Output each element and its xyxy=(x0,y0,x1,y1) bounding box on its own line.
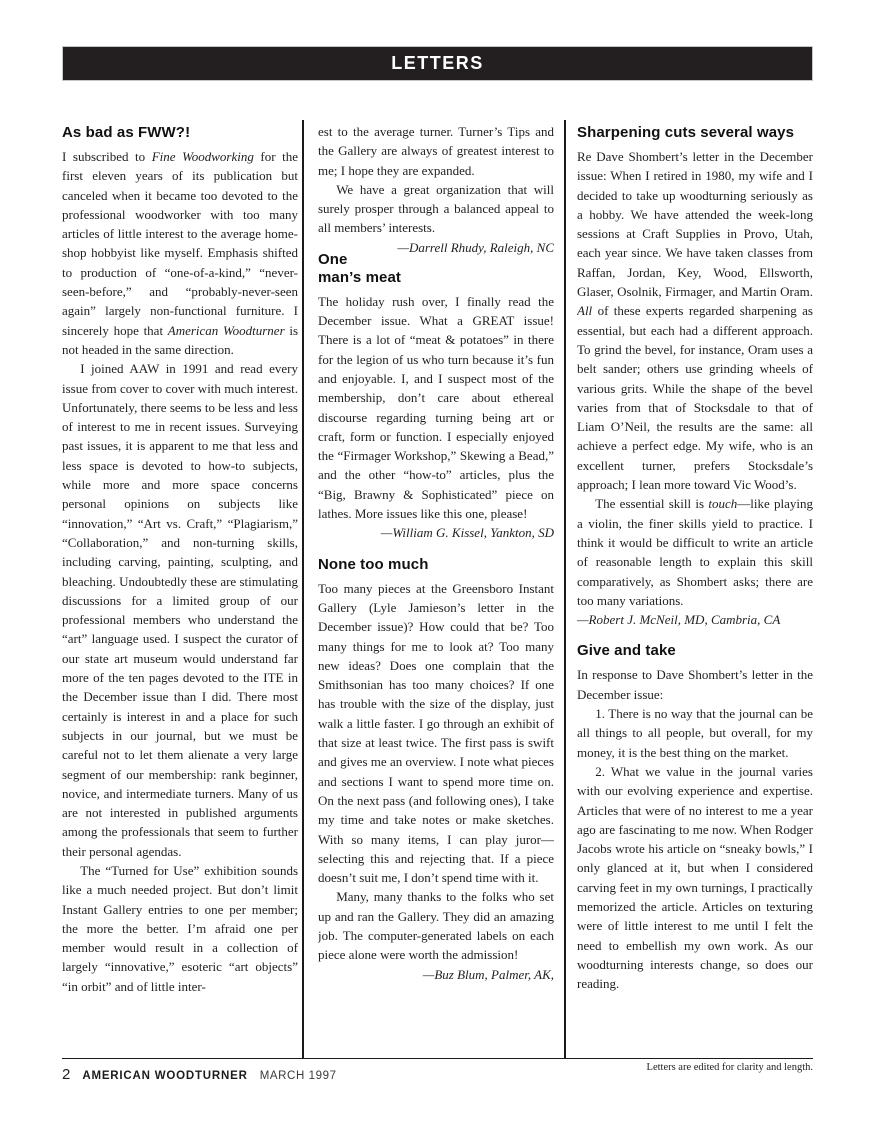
letter-paragraph: The holiday rush over, I finally read th… xyxy=(318,292,554,524)
letter-paragraph: I joined AAW in 1991 and read every issu… xyxy=(62,359,298,861)
letter-heading: Give and take xyxy=(577,642,813,660)
letter-signature: —Buz Blum, Palmer, AK, xyxy=(318,965,554,984)
letter-signature: —Robert J. McNeil, MD, Cambria, CA xyxy=(577,610,813,629)
letters-column-2: est to the average turner. Turner’s Tips… xyxy=(318,122,554,1058)
letters-column-3: Sharpening cuts several waysRe Dave Shom… xyxy=(577,122,813,1058)
issue-date: MARCH 1997 xyxy=(260,1070,337,1082)
letter-paragraph: Many, many thanks to the folks who set u… xyxy=(318,887,554,964)
column-divider xyxy=(564,120,566,1058)
column-divider xyxy=(302,120,304,1058)
letter-heading: As bad as FWW?! xyxy=(62,124,298,142)
page-number: 2 xyxy=(62,1066,70,1083)
letter-heading: Sharpening cuts several ways xyxy=(577,124,813,142)
footer-rule xyxy=(62,1058,813,1059)
letter-heading: None too much xyxy=(318,556,554,574)
page-footer: 2 AMERICAN WOODTURNER MARCH 1997 xyxy=(62,1066,337,1083)
page-title: LETTERS xyxy=(391,53,484,74)
letter-paragraph: est to the average turner. Turner’s Tips… xyxy=(318,122,554,180)
letters-column-1: As bad as FWW?!I subscribed to Fine Wood… xyxy=(62,122,298,1058)
letter-paragraph: Too many pieces at the Greensboro Instan… xyxy=(318,579,554,888)
letters-header-bar: LETTERS xyxy=(62,46,813,81)
letter-paragraph: We have a great organization that will s… xyxy=(318,180,554,238)
letter-paragraph: 2. What we value in the journal varies w… xyxy=(577,762,813,994)
letter-signature: —William G. Kissel, Yankton, SD xyxy=(318,523,554,542)
letter-paragraph: I subscribed to Fine Woodworking for the… xyxy=(62,147,298,359)
letter-paragraph: In response to Dave Shombert’s letter in… xyxy=(577,665,813,704)
letter-signature: —Darrell Rhudy, Raleigh, NC xyxy=(379,238,554,257)
letter-paragraph: The “Turned for Use” exhibition sounds l… xyxy=(62,861,298,996)
letter-paragraph: The essential skill is touch—like playin… xyxy=(577,494,813,610)
journal-name: AMERICAN WOODTURNER xyxy=(82,1070,247,1082)
letter-paragraph: 1. There is no way that the journal can … xyxy=(577,704,813,762)
footer-note: Letters are edited for clarity and lengt… xyxy=(647,1062,813,1073)
letter-paragraph: Re Dave Shombert’s letter in the Decembe… xyxy=(577,147,813,494)
